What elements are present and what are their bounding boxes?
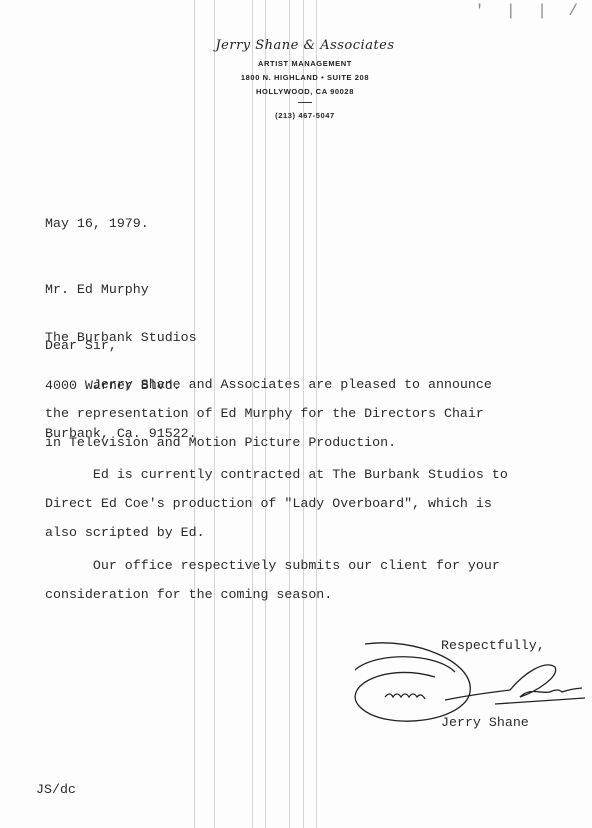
paragraph: Jerry Shane and Associates are pleased t… bbox=[45, 370, 585, 457]
paragraph: Ed is currently contracted at The Burban… bbox=[45, 460, 585, 547]
paragraph-line: the representation of Ed Murphy for the … bbox=[45, 399, 585, 428]
recipient-name: Mr. Ed Murphy bbox=[45, 282, 197, 298]
divider bbox=[298, 102, 312, 103]
paragraph: Our office respectively submits our clie… bbox=[45, 551, 585, 609]
letter-date: May 16, 1979. bbox=[45, 216, 149, 232]
salutation: Dear Sir, bbox=[45, 338, 117, 354]
reference-initials: JS/dc bbox=[36, 782, 76, 798]
paragraph-line: Our office respectively submits our clie… bbox=[45, 551, 585, 580]
department: ARTIST MANAGEMENT bbox=[180, 57, 430, 71]
paragraph-line: Jerry Shane and Associates are pleased t… bbox=[45, 370, 585, 399]
signature-icon bbox=[345, 632, 590, 727]
paragraph-line: consideration for the coming season. bbox=[45, 580, 585, 609]
phone-number: (213) 467-5047 bbox=[180, 109, 430, 123]
corner-mark: ' | | / bbox=[475, 2, 584, 20]
city-address: HOLLYWOOD, CA 90028 bbox=[180, 85, 430, 99]
paragraph-line: also scripted by Ed. bbox=[45, 518, 585, 547]
paragraph-line: Ed is currently contracted at The Burban… bbox=[45, 460, 585, 489]
letterhead: Jerry Shane & Associates ARTIST MANAGEME… bbox=[180, 38, 430, 123]
company-name: Jerry Shane & Associates bbox=[180, 38, 430, 53]
letter-page: ' | | / Jerry Shane & Associates ARTIST … bbox=[0, 0, 592, 828]
paragraph-line: in Television and Motion Picture Product… bbox=[45, 428, 585, 457]
paragraph-line: Direct Ed Coe's production of "Lady Over… bbox=[45, 489, 585, 518]
street-address: 1800 N. HIGHLAND • SUITE 208 bbox=[180, 71, 430, 85]
signer-name: Jerry Shane bbox=[441, 715, 529, 731]
